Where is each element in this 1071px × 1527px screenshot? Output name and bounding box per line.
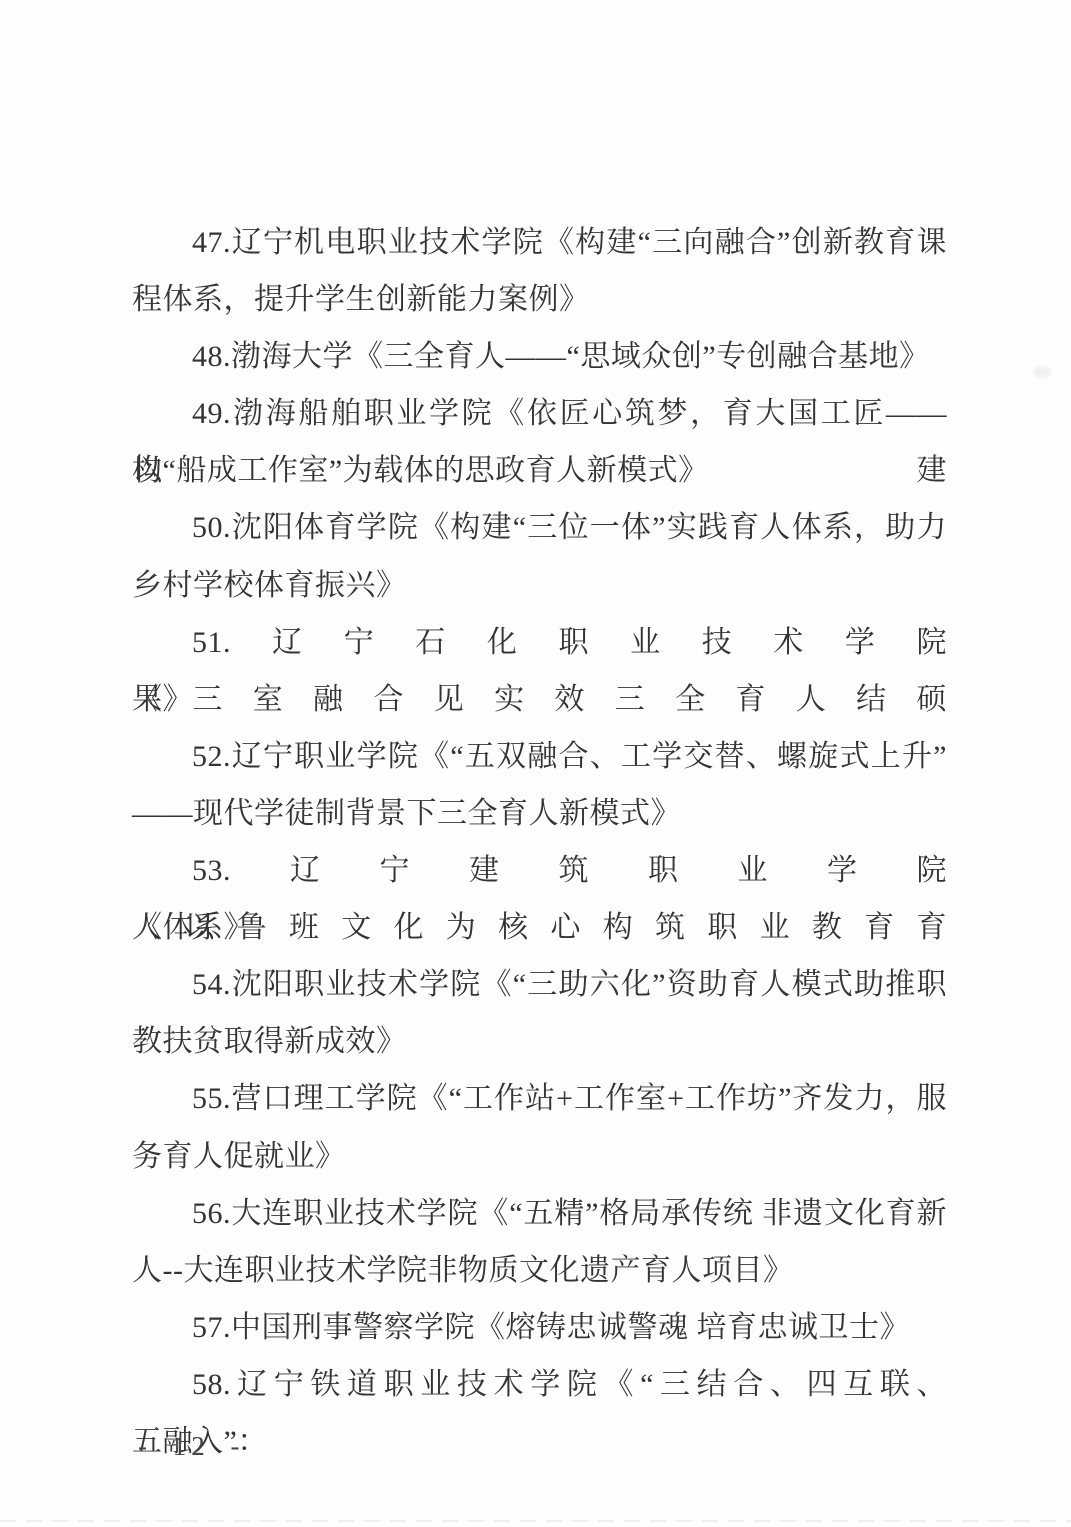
list-line: 程体系，提升学生创新能力案例》 xyxy=(132,271,947,328)
award-list: 47.辽宁机电职业技术学院《构建“三向融合”创新教育课程体系，提升学生创新能力案… xyxy=(132,214,947,1413)
list-line: ——现代学徒制背景下三全育人新模式》 xyxy=(132,785,947,842)
page-number: - 12 - xyxy=(138,1431,244,1462)
list-line: 55.营口理工学院《“工作站+工作室+工作坊”齐发力，服 xyxy=(132,1070,947,1127)
list-line: 54.沈阳职业技术学院《“三助六化”资助育人模式助推职 xyxy=(132,956,947,1013)
list-line: 47.辽宁机电职业技术学院《构建“三向融合”创新教育课 xyxy=(132,214,947,271)
scan-edge-artifact xyxy=(0,1520,1071,1522)
list-line: 58.辽宁铁道职业技术学院《“三结合、四互联、五融入”： xyxy=(132,1356,947,1413)
list-line: 务育人促就业》 xyxy=(132,1128,947,1185)
document-page: 47.辽宁机电职业技术学院《构建“三向融合”创新教育课程体系，提升学生创新能力案… xyxy=(0,0,1071,1527)
list-line: 57.中国刑事警察学院《熔铸忠诚警魂 培育忠诚卫士》 xyxy=(132,1299,947,1356)
list-line: 50.沈阳体育学院《构建“三位一体”实践育人体系，助力 xyxy=(132,499,947,556)
list-line: 乡村学校体育振兴》 xyxy=(132,557,947,614)
list-line: 56.大连职业技术学院《“五精”格局承传统 非遗文化育新 xyxy=(132,1185,947,1242)
list-line: 52.辽宁职业学院《“五双融合、工学交替、螺旋式上升” xyxy=(132,728,947,785)
list-line: 53.辽宁建筑职业学院《以鲁班文化为核心构筑职业教育育 xyxy=(132,842,947,899)
list-line: 51.辽宁石化职业技术学院《三室融合见实效三全育人结硕 xyxy=(132,614,947,671)
list-line: 人--大连职业技术学院非物质文化遗产育人项目》 xyxy=(132,1242,947,1299)
list-line: 48.渤海大学《三全育人——“思域众创”专创融合基地》 xyxy=(132,328,947,385)
list-line: 49.渤海船舶职业学院《依匠心筑梦，育大国工匠——构建 xyxy=(132,385,947,442)
list-line: 教扶贫取得新成效》 xyxy=(132,1013,947,1070)
scan-smudge-artifact xyxy=(1033,366,1051,378)
